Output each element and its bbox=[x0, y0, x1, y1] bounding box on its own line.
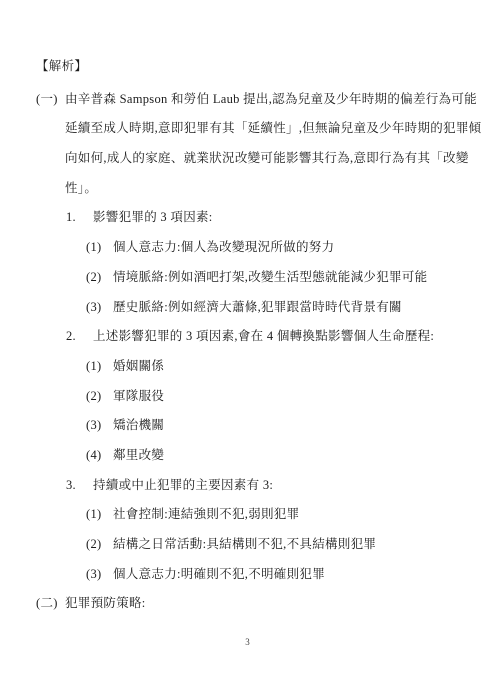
text-line: (二)犯罪預防策略: bbox=[0, 589, 487, 619]
line-marker: (3) bbox=[86, 293, 113, 323]
text-line: (3)個人意志力:明確則不犯,不明確則犯罪 bbox=[0, 560, 487, 590]
line-marker: (二) bbox=[36, 589, 65, 619]
line-text: 結構之日常活動:具結構則不犯,不具結構則犯罪 bbox=[113, 537, 376, 551]
text-line: (1)個人意志力:個人為改變現況所做的努力 bbox=[0, 233, 487, 263]
line-marker: (2) bbox=[86, 263, 113, 293]
line-text: 個人意志力:個人為改變現況所做的努力 bbox=[113, 240, 334, 254]
text-line: 1.影響犯罪的 3 項因素: bbox=[0, 203, 487, 233]
text-line: 延續至成人時期,意即犯罪有其「延續性」,但無論兒童及少年時期的犯罪傾 bbox=[0, 114, 487, 144]
text-line: (4)鄰里改變 bbox=[0, 441, 487, 471]
line-marker: 2. bbox=[66, 322, 93, 352]
line-marker: (3) bbox=[86, 560, 113, 590]
line-text: 社會控制:連結強則不犯,弱則犯罪 bbox=[113, 507, 299, 521]
analysis-header: 【解析】 bbox=[0, 52, 487, 82]
text-line: 2.上述影響犯罪的 3 項因素,會在 4 個轉換點影響個人生命歷程: bbox=[0, 322, 487, 352]
line-text: 情境脈絡:例如酒吧打架,改變生活型態就能減少犯罪可能 bbox=[113, 270, 427, 284]
line-marker: 1. bbox=[66, 203, 93, 233]
text-line: (1)婚姻關係 bbox=[0, 352, 487, 382]
text-line: 向如何,成人的家庭、就業狀況改變可能影響其行為,意即行為有其「改變 bbox=[0, 144, 487, 174]
line-text: 延續至成人時期,意即犯罪有其「延續性」,但無論兒童及少年時期的犯罪傾 bbox=[65, 121, 481, 135]
text-line: (2)結構之日常活動:具結構則不犯,不具結構則犯罪 bbox=[0, 530, 487, 560]
line-marker: (4) bbox=[86, 441, 113, 471]
line-marker: (2) bbox=[86, 530, 113, 560]
document-page: 【解析】 (一)由辛普森 Sampson 和勞伯 Laub 提出,認為兒童及少年… bbox=[0, 0, 495, 700]
line-text: 歷史脈絡:例如經濟大蕭條,犯罪跟當時時代背景有關 bbox=[113, 300, 402, 314]
text-line: 性」。 bbox=[0, 174, 487, 204]
text-line: (3)歷史脈絡:例如經濟大蕭條,犯罪跟當時時代背景有關 bbox=[0, 293, 487, 323]
line-text: 上述影響犯罪的 3 項因素,會在 4 個轉換點影響個人生命歷程: bbox=[93, 329, 434, 343]
line-text: 由辛普森 Sampson 和勞伯 Laub 提出,認為兒童及少年時期的偏差行為可… bbox=[65, 92, 477, 106]
line-text: 影響犯罪的 3 項因素: bbox=[93, 210, 213, 224]
line-marker: (1) bbox=[86, 500, 113, 530]
document-content: 【解析】 (一)由辛普森 Sampson 和勞伯 Laub 提出,認為兒童及少年… bbox=[0, 52, 487, 619]
line-marker: (1) bbox=[86, 233, 113, 263]
line-text: 持續或中止犯罪的主要因素有 3: bbox=[93, 478, 273, 492]
text-line: (2)情境脈絡:例如酒吧打架,改變生活型態就能減少犯罪可能 bbox=[0, 263, 487, 293]
line-text: 軍隊服役 bbox=[113, 389, 164, 403]
line-text: 向如何,成人的家庭、就業狀況改變可能影響其行為,意即行為有其「改變 bbox=[65, 151, 469, 165]
text-line: (一)由辛普森 Sampson 和勞伯 Laub 提出,認為兒童及少年時期的偏差… bbox=[0, 85, 487, 115]
line-marker: (2) bbox=[86, 382, 113, 412]
text-lines: (一)由辛普森 Sampson 和勞伯 Laub 提出,認為兒童及少年時期的偏差… bbox=[0, 85, 487, 619]
line-marker: (3) bbox=[86, 411, 113, 441]
line-text: 個人意志力:明確則不犯,不明確則犯罪 bbox=[113, 567, 325, 581]
line-marker: 3. bbox=[66, 471, 93, 501]
line-text: 婚姻關係 bbox=[113, 359, 164, 373]
text-line: (3)矯治機關 bbox=[0, 411, 487, 441]
line-text: 犯罪預防策略: bbox=[65, 596, 146, 610]
line-marker: (1) bbox=[86, 352, 113, 382]
line-text: 矯治機關 bbox=[113, 418, 164, 432]
page-number: 3 bbox=[0, 637, 495, 647]
line-text: 鄰里改變 bbox=[113, 448, 164, 462]
text-line: (2)軍隊服役 bbox=[0, 382, 487, 412]
line-text: 性」。 bbox=[65, 181, 97, 195]
line-marker: (一) bbox=[36, 85, 65, 115]
text-line: 3.持續或中止犯罪的主要因素有 3: bbox=[0, 471, 487, 501]
text-line: (1)社會控制:連結強則不犯,弱則犯罪 bbox=[0, 500, 487, 530]
